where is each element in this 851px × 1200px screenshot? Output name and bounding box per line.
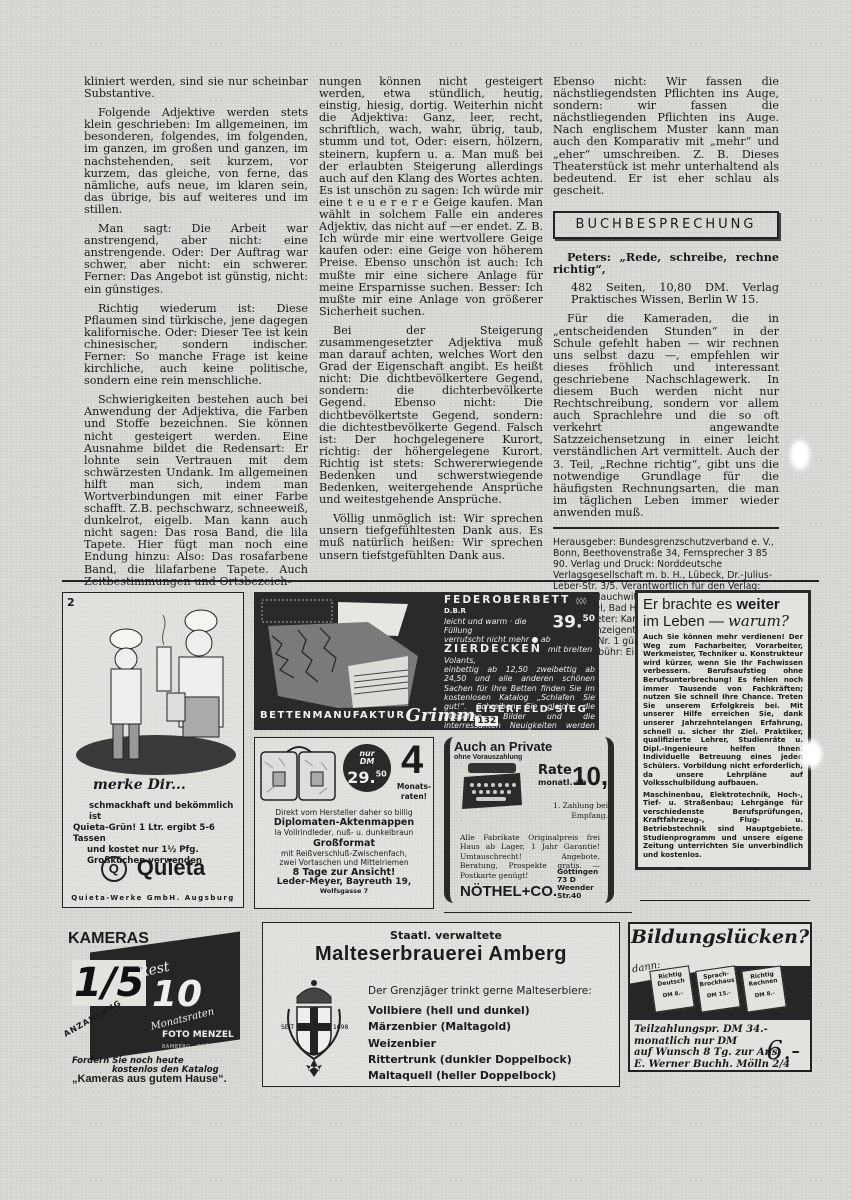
slogan: merke Dir... [93, 777, 186, 793]
ad-line: Großformat [257, 838, 431, 849]
headline: Bildungslücken? [630, 926, 810, 948]
price-cents: 50 [582, 614, 595, 624]
ad-footer: Quieta-Werke GmbH. Augsburg [63, 894, 243, 902]
scan-artifact [800, 740, 822, 768]
ad-noethel: Auch an Private ohne Vorauszahlung Rate … [444, 737, 614, 903]
beer-item: Rittertrunk (dunkler Doppelbock) [368, 1052, 572, 1068]
ad-bildungsluecken: Bildungslücken? dann: Richtig DeutschDM … [628, 922, 812, 1072]
months-count: 10 [152, 974, 202, 1015]
ad-line: Ia Vollrindleder, nuß- u. dunkelbraun [257, 828, 431, 837]
headline-part: im Leben — [643, 613, 728, 630]
cta-line: „Kameras aus gutem Hause“. [72, 1075, 227, 1084]
rate-label: Rate [538, 763, 572, 778]
book-title: Richtig Deutsch [657, 971, 685, 988]
ad-fernunterricht: Er brachte es weiter im Leben — warum? A… [635, 590, 811, 870]
headline: Er brachte es weiter im Leben — warum? [643, 596, 803, 630]
headline-text: FEDEROBERBETT [444, 594, 570, 606]
headline-2: ZIERDECKEN mit breiten Volants, [444, 644, 595, 665]
book-title: Richtig Rechnen [748, 971, 778, 989]
company-name: Leder-Meyer, Bayreuth 19, [277, 877, 412, 887]
beer-list: Vollbiere (hell und dunkel) Märzenbier (… [368, 1003, 572, 1084]
company-logo: Grimm [406, 705, 476, 726]
headline: KAMERAS [68, 930, 149, 948]
ad-leder-meyer: nur DM 29.50 4 Monats-raten! Direkt vom … [254, 737, 434, 909]
price: 29.50 [347, 768, 386, 787]
headline-part: Er brachte es [643, 596, 736, 613]
headline-bold: weiter [736, 596, 779, 613]
headline-2-text: ZIERDECKEN [444, 642, 542, 655]
chefs-illustration-icon [71, 607, 236, 782]
book-cover: Richtig DeutschDM 8.- [649, 965, 694, 1012]
bed-illustration-icon [258, 596, 418, 708]
book-price: DM 8.- [746, 989, 785, 1001]
paragraph: Man sagt: Die Arbeit war anstrengend, ab… [84, 223, 308, 296]
paragraph: kliniert werden, sind sie nur scheinbar … [84, 76, 308, 100]
box-number: 132 [475, 716, 498, 726]
book-title: Sprach-Brockhaus [699, 970, 735, 988]
ad-malteserbrauerei: Staatl. verwaltete Malteserbrauerei Ambe… [262, 922, 620, 1087]
company-street: Wolfsgasse 7 [320, 887, 368, 895]
ad-body: Direkt vom Hersteller daher so billig Di… [257, 808, 431, 897]
rate-amount: 10,- [572, 761, 614, 792]
book-meta: 482 Seiten, 10,80 DM. Verlag Praktisches… [553, 282, 779, 306]
terms-line: Teilzahlungspr. DM 34.- [634, 1024, 806, 1036]
divider [640, 900, 810, 901]
paragraph: Völlig unmöglich ist: Wir sprechen unser… [319, 513, 543, 561]
page-divider [62, 580, 819, 582]
company-line: BETTENMANUFAKTUR Grimm EISERFELD-SIEG 13… [260, 704, 595, 726]
ad-kameras: KAMERAS 1/5 ANZAHLUNG Rest 10 Monatsrate… [50, 922, 255, 1087]
currency: DM [343, 758, 391, 766]
headline-italic: warum? [728, 612, 789, 630]
crest-right-text: 1698 [333, 1024, 348, 1031]
call-to-action: Fordern Sie noch heute kostenlos den Kat… [72, 1057, 227, 1084]
maltese-crest-icon: SEIT 1698 [279, 979, 349, 1079]
price-main: 29. [347, 768, 375, 787]
company-prefix: BETTENMANUFAKTUR [260, 710, 406, 721]
price-cents: 50 [376, 770, 387, 779]
ad-quieta: 2 merke Dir... schmackhaft und bekömmlic… [62, 592, 244, 908]
beer-item: Märzenbier (Maltagold) [368, 1019, 572, 1035]
ad-line: Quieta-Grün! 1 Ltr. ergibt 5-6 Tassen [73, 823, 237, 845]
divider [444, 912, 632, 913]
article-column-3: Ebenso nicht: Wir fassen die nächstliege… [553, 76, 779, 658]
installments-count: 4 [401, 740, 423, 780]
paragraph: nungen können nicht gesteigert werden, e… [319, 76, 543, 318]
company-name: Fernunterrichts-Gesellschaft [643, 865, 803, 870]
divider [553, 527, 779, 529]
book-title: Peters: „Rede, schreibe, rechne richtig“… [553, 251, 779, 275]
book-list: Richtig DeutschDM 8.- Sprach-BrockhausDM… [652, 968, 784, 1010]
monthly-amount: 6.- [766, 1036, 800, 1066]
article-column-1: kliniert werden, sind sie nur scheinbar … [84, 76, 308, 595]
intro: Der Grenzjäger trinkt gerne Malteserbier… [368, 985, 592, 997]
company-address: Göttingen 73 DWeender Str.40 [557, 868, 600, 900]
address-line: Weender Str.40 [557, 883, 594, 900]
ad-line: mit Reißverschluß-Zwischenfach, [257, 849, 431, 858]
ad-body: Maschinenbau, Elektrotechnik, Hoch-, Tie… [643, 791, 803, 860]
quieta-logo-icon: Q [101, 856, 127, 882]
crest-left-text: SEIT [281, 1024, 294, 1031]
ad-line: Direkt vom Hersteller daher so billig [257, 808, 431, 817]
paragraph: Folgende Adjektive werden stets klein ge… [84, 107, 308, 216]
book-price: DM 15.- [700, 989, 739, 1001]
brand: QQuieta [63, 855, 243, 882]
down-payment-fraction: 1/5 [72, 960, 146, 1006]
headline-text: Auch an Private [454, 739, 552, 754]
pre-title: Staatl. verwaltete [263, 929, 619, 942]
section-heading: BUCHBESPRECHUNG [576, 217, 757, 232]
ad-grimm: FEDEROBERBETT ◊◊◊ D.B.R 39.50 leicht und… [254, 592, 599, 730]
beer-item: Maltaquell (heller Doppelbock) [368, 1068, 572, 1084]
section-heading-box: BUCHBESPRECHUNG [553, 211, 779, 239]
book-cover: Sprach-BrockhausDM 15.- [695, 965, 740, 1012]
scan-artifact [790, 440, 810, 470]
rate: Rate monatl. ab 10,- [538, 759, 586, 787]
brewery-name: Malteserbrauerei Amberg [263, 943, 619, 966]
paragraph: Bei der Steigerung zusammengesetzter Adj… [319, 325, 543, 506]
briefcase-illustration-icon [259, 742, 339, 804]
company: Leder-Meyer, Bayreuth 19, Wolfsgasse 7 [257, 878, 431, 897]
company: NÖTHEL+CO. Göttingen 73 DWeender Str.40 [460, 868, 600, 900]
price-badge: nur DM 29.50 [343, 744, 391, 792]
first-payment: 1. Zahlung bei Empfang. [546, 801, 608, 821]
company-address: BAMBERG · GRÜNER MARKT 16 [162, 1044, 252, 1050]
article-column-2: nungen können nicht gesteigert werden, e… [319, 76, 543, 569]
beer-item: Weizenbier [368, 1036, 572, 1052]
ad-line: Diplomaten-Aktenmappen [257, 817, 431, 828]
ad-body: Auch Sie können mehr verdienen! Der Weg … [643, 633, 803, 788]
company-name: FOTO MENZEL [162, 1030, 234, 1040]
book-cover: Richtig RechnenDM 8.- [741, 965, 786, 1012]
company-name: NÖTHEL+CO. [460, 883, 557, 900]
paragraph: Schwierigkeiten bestehen auch bei Anwend… [84, 394, 308, 588]
price-main: 39. [552, 612, 582, 632]
paragraph: Ebenso nicht: Wir fassen die nächstliege… [553, 76, 779, 197]
beer-item: Vollbiere (hell und dunkel) [368, 1003, 572, 1019]
review-body: Für die Kameraden, die in „entscheidende… [553, 313, 779, 519]
installments-label: Monats-raten! [395, 782, 433, 802]
price: 39.50 [552, 615, 595, 628]
ad-line: schmackhaft und bekömmlich ist [73, 801, 237, 823]
address-line: Göttingen 73 D [557, 867, 598, 884]
brand-name: Quieta [137, 855, 205, 880]
book-price: DM 8.- [654, 989, 693, 1001]
paragraph: Richtig wiederum ist: Diese Pflaumen sin… [84, 303, 308, 388]
company-city: EISERFELD-SIEG [475, 704, 587, 715]
typewriter-illustration-icon [460, 759, 524, 813]
ad-line: zwei Vortaschen und Mittelriemen [257, 858, 431, 867]
seller: E. Werner Buchh. Mölln [634, 1059, 769, 1070]
